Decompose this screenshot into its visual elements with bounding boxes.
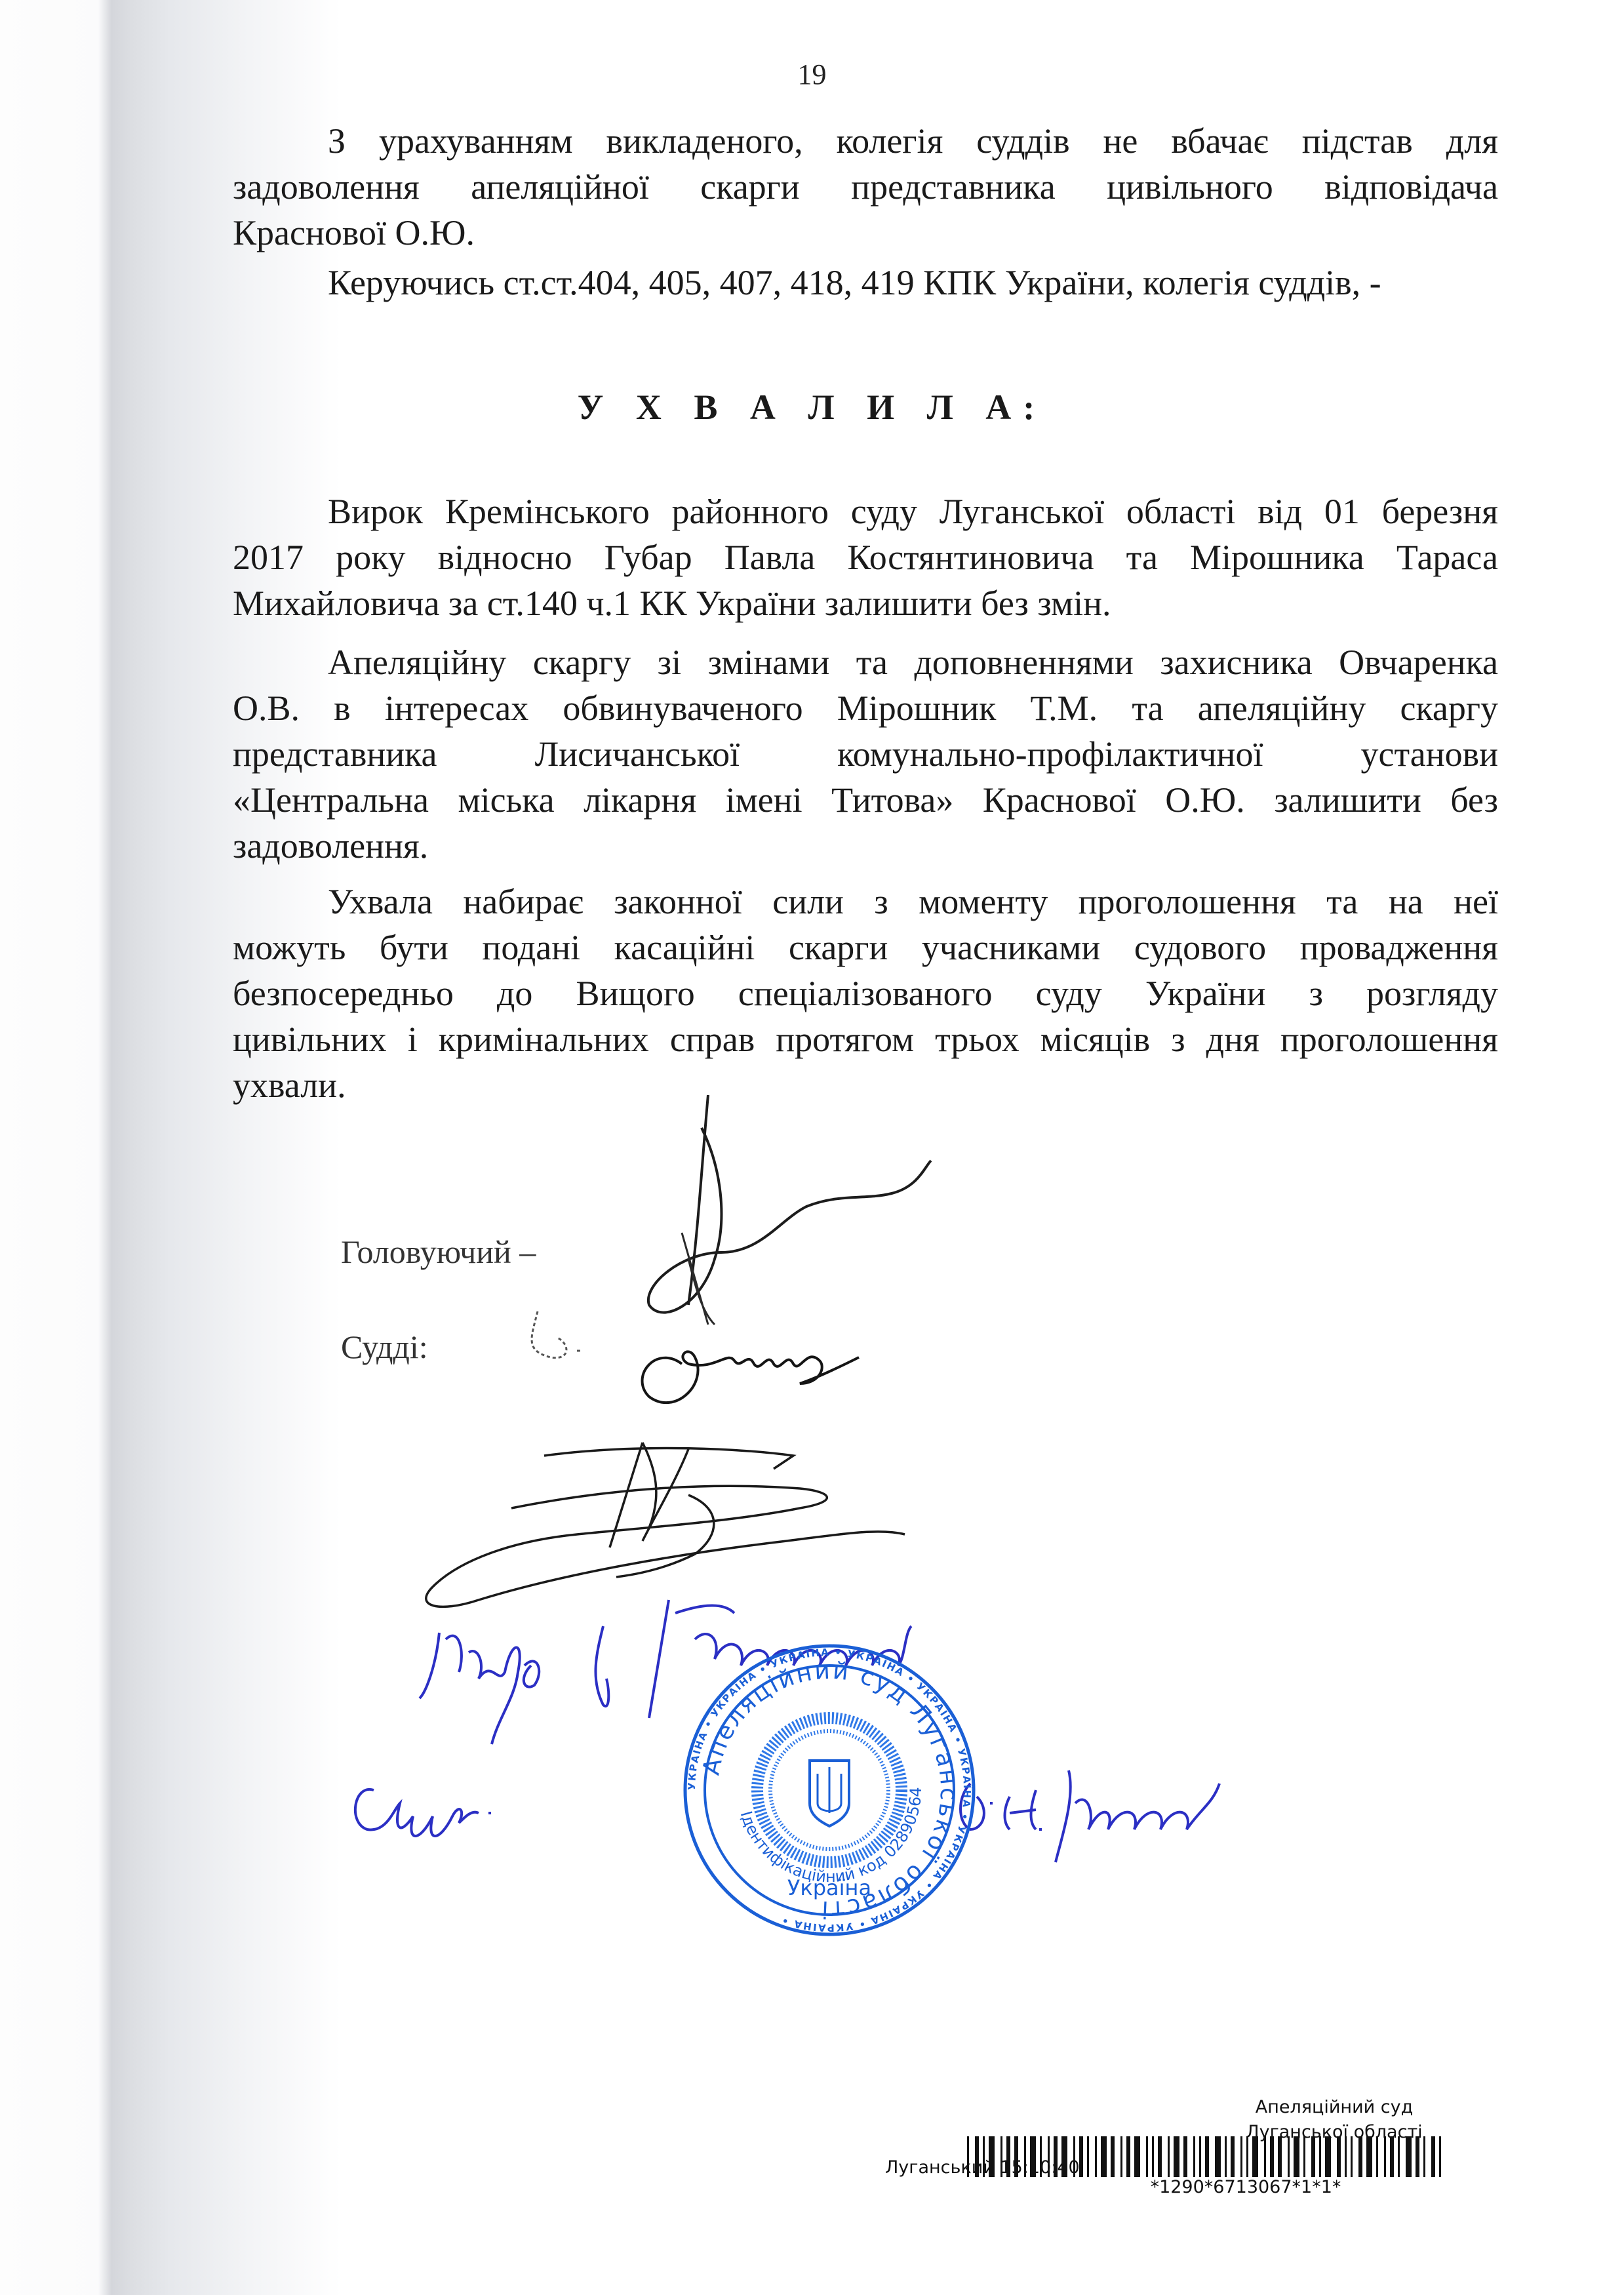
- text-line: Вирок Кремінського районного суду Луганс…: [233, 489, 1498, 534]
- text-line: цивільних і кримінальних справ протягом …: [233, 1016, 1498, 1062]
- ruling-heading: У Х В А Л И Л А:: [0, 387, 1624, 428]
- ruling-paragraph-1: Вирок Кремінського районного суду Луганс…: [233, 489, 1498, 626]
- judges-label: Судді:: [341, 1328, 428, 1366]
- text-line: безпосередньо до Вищого спеціалізованого…: [233, 970, 1498, 1016]
- svg-text:Україна: Україна: [787, 1875, 871, 1900]
- text-line: Ухвала набирає законної сили з моменту п…: [233, 879, 1498, 925]
- scan-edge-shadow: [0, 0, 341, 2295]
- ruling-paragraph-3: Ухвала набирає законної сили з моменту п…: [233, 879, 1498, 1108]
- intro-paragraph: З урахуванням викладеного, колегія судді…: [233, 118, 1498, 306]
- page-number: 19: [0, 58, 1624, 91]
- footer-court-line-1: Апеляційний суд: [1226, 2095, 1442, 2120]
- text-line: Краснової О.Ю.: [233, 210, 1498, 256]
- text-line: О.В. в інтересах обвинуваченого Мірошник…: [233, 685, 1498, 731]
- text-line: 2017 року відносно Губар Павла Костянтин…: [233, 534, 1498, 580]
- text-line: Михайловича за ст.140 ч.1 КК України зал…: [233, 580, 1498, 626]
- ruling-paragraph-2: Апеляційну скаргу зі змінами та доповнен…: [233, 639, 1498, 869]
- text-line: можуть бути подані касаційні скарги учас…: [233, 925, 1498, 970]
- text-line: представника Лисичанської комунально-про…: [233, 731, 1498, 777]
- text-line: З урахуванням викладеного, колегія судді…: [233, 118, 1498, 164]
- barcode: [967, 2136, 1590, 2177]
- guided-by-line: Керуючись ст.ст.404, 405, 407, 418, 419 …: [233, 260, 1498, 306]
- text-line: задоволення апеляційної скарги представн…: [233, 164, 1498, 210]
- text-line: Апеляційну скаргу зі змінами та доповнен…: [233, 639, 1498, 685]
- barcode-number: *1290*6713067*1*1*: [1062, 2177, 1429, 2197]
- text-line: «Центральна міська лікарня імені Титова»…: [233, 777, 1498, 823]
- text-line: задоволення.: [233, 823, 1498, 869]
- presiding-judge-label: Головуючий –: [341, 1233, 536, 1271]
